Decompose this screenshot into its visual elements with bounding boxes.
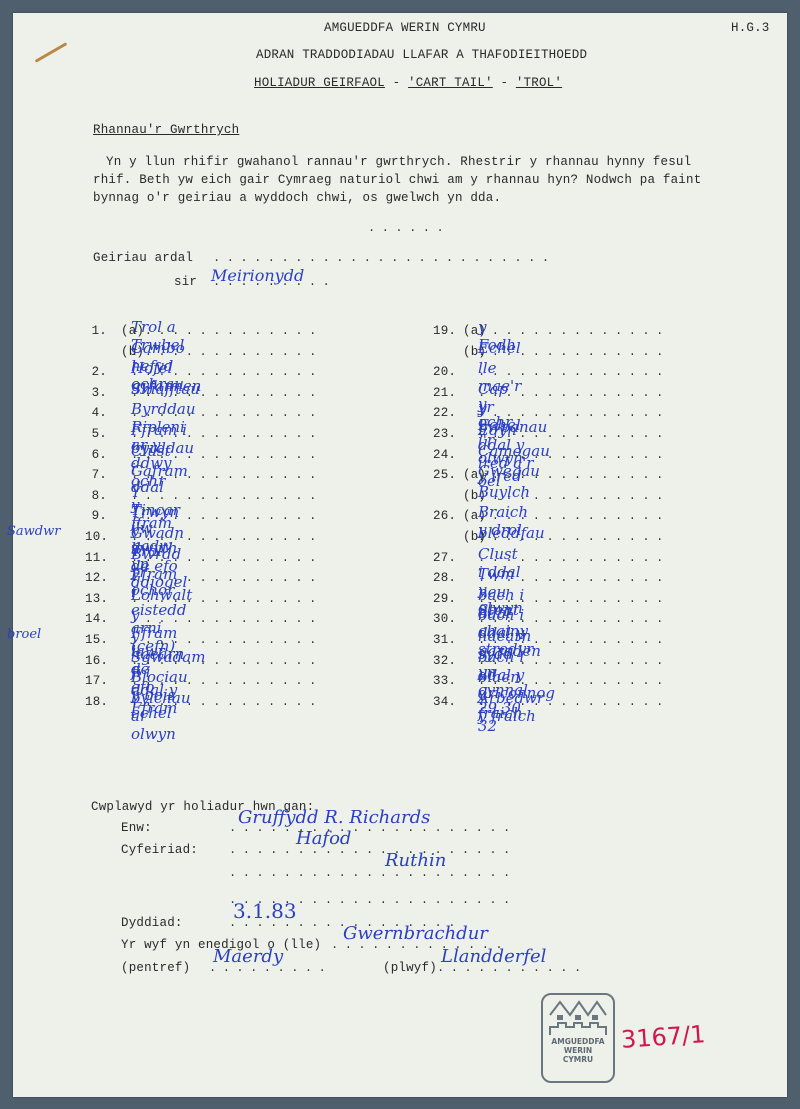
margin-note: broel (7, 627, 41, 642)
sir-label: sir (174, 275, 197, 289)
handwritten-answer: Arbedwr y fraich (478, 689, 544, 725)
department-title: ADRAN TRADDODIADAU LLAFAR A THAFODIEITHO… (256, 48, 587, 62)
handwritten-answer: Gwegau (478, 462, 540, 480)
item-number: 27. (433, 551, 455, 565)
item-number: 30. (433, 612, 455, 626)
item-number: 7. (85, 468, 107, 482)
handwritten-answer: Sgwadam (131, 648, 205, 666)
handwritten-answer: Edyn (478, 421, 517, 439)
title-part: - (493, 76, 516, 90)
section-heading: Rhannau'r Gwrthrych (93, 123, 239, 137)
item-number: 6. (85, 448, 107, 462)
stamp-line: AMGUEDDFA (543, 1037, 613, 1046)
village-label: (pentref) (121, 961, 190, 975)
geiriau-ardal-label: Geiriau ardal (93, 251, 193, 265)
item-number: 1. (85, 324, 107, 338)
item-number: 31. (433, 633, 455, 647)
date-value: 3.1.83 (233, 899, 297, 923)
item-number: 9. (85, 509, 107, 523)
instructions-line: bynnag o'r geiriau a wyddoch chwi, os gw… (93, 191, 501, 205)
handwritten-answer: Buylch (478, 483, 530, 501)
item-number: 24. (433, 448, 455, 462)
margin-note: Sawdwr (7, 524, 60, 539)
handwritten-answer: bleddfau (478, 524, 545, 542)
address-line-1: Hafod (296, 828, 351, 849)
handwritten-answer: Shiafftau (131, 380, 200, 398)
item-number: 8. (85, 489, 107, 503)
parish-label: (plwyf) (383, 961, 437, 975)
item-number: 13. (85, 592, 107, 606)
separator: ...... (368, 221, 450, 235)
sir-value: Meirionydd (211, 266, 304, 285)
name-value: Gruffydd R. Richards (238, 807, 430, 828)
item-number: 11. (85, 551, 107, 565)
form-title: HOLIADUR GEIRFAOL - 'CART TAIL' - 'TROL' (254, 76, 562, 90)
handwritten-answer: Camogau (478, 442, 550, 460)
item-number: 10. (85, 530, 107, 544)
instructions-line: rhif. Beth yw eich gair Cymraeg naturiol… (93, 173, 701, 187)
native-value: Gwernbrachdur (343, 923, 488, 944)
item-number: 15. (85, 633, 107, 647)
stamp-line: WERIN (543, 1046, 613, 1055)
item-number: 2. (85, 365, 107, 379)
item-number: 5. (85, 427, 107, 441)
item-number: 12. (85, 571, 107, 585)
item-number: 33. (433, 674, 455, 688)
address-field-2[interactable]: ..................... (229, 866, 517, 880)
village-value: Maerdy (213, 946, 283, 967)
museum-stamp: AMGUEDDFA WERIN CYMRU (541, 993, 615, 1083)
item-number: 20. (433, 365, 455, 379)
handwritten-answer: bylchau ar olwyn (131, 689, 191, 743)
rust-mark (35, 42, 68, 63)
item-number: 3. (85, 386, 107, 400)
item-number: 26. (433, 509, 455, 523)
questionnaire-page: AMGUEDDFA WERIN CYMRU H.G.3 ADRAN TRADDO… (13, 13, 787, 1097)
handwritten-answer: Gafram (131, 462, 188, 480)
item-number: 34. (433, 695, 455, 709)
geiriau-ardal-field[interactable]: ......................... (213, 251, 556, 265)
address-label: Cyfeiriad: (121, 843, 198, 857)
title-part: 'TROL' (516, 76, 562, 90)
item-number: 19. (433, 324, 455, 338)
item-number: 29. (433, 592, 455, 606)
item-number: 32. (433, 654, 455, 668)
title-part: HOLIADUR GEIRFAOL (254, 76, 385, 90)
address-line-2: Ruthin (385, 850, 446, 871)
name-label: Enw: (121, 821, 152, 835)
handwritten-answer: Lohwalt (131, 586, 192, 604)
date-label: Dyddiad: (121, 916, 183, 930)
item-number: 16. (85, 654, 107, 668)
item-number: 23. (433, 427, 455, 441)
item-number: 22. (433, 406, 455, 420)
item-number: 14. (85, 612, 107, 626)
item-number: 17. (85, 674, 107, 688)
building-icon (548, 999, 608, 1037)
institution-title: AMGUEDDFA WERIN CYMRU (324, 21, 486, 35)
item-number: 21. (433, 386, 455, 400)
accession-number: 3167/1 (620, 1020, 706, 1054)
instructions-line: Yn y llun rhifir gwahanol rannau'r gwrth… (106, 155, 691, 169)
form-reference: H.G.3 (731, 21, 770, 35)
item-number: 18. (85, 695, 107, 709)
address-field-1[interactable]: ..................... (229, 843, 517, 857)
handwritten-answer: Echel (478, 339, 521, 357)
stamp-line: CYMRU (543, 1055, 613, 1064)
parish-value: Llandderfel (441, 946, 546, 967)
item-number: 28. (433, 571, 455, 585)
title-part: 'CART TAIL' (408, 76, 493, 90)
title-part: - (385, 76, 408, 90)
item-number: 4. (85, 406, 107, 420)
item-number: 25. (433, 468, 455, 482)
